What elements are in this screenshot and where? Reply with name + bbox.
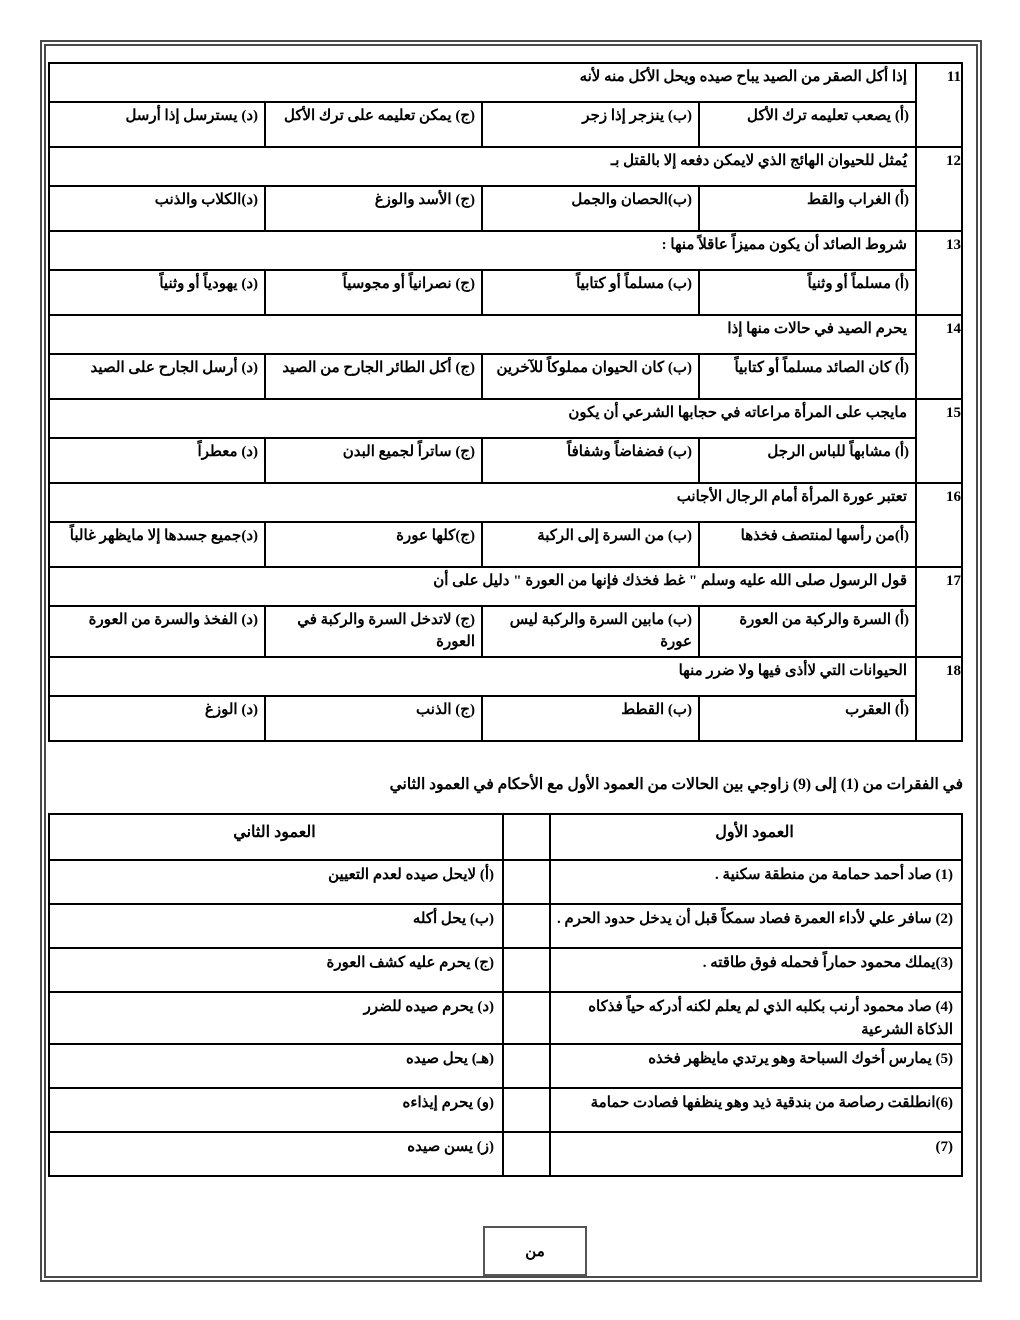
question-number: 16 (916, 483, 962, 567)
option-b-cell: (ب) ينزجر إذا زجر (482, 102, 699, 147)
matching-row: (1) صاد أحمد حمامة من منطقة سكنية . (أ) … (49, 860, 962, 904)
ruling-cell: (و) يحرم إيذاءه (49, 1088, 503, 1132)
option-d-cell: (د) أرسل الجارح على الصيد (49, 354, 265, 399)
options-row: (أ) يصعب تعليمه ترك الأكل (ب) ينزجر إذا … (49, 102, 962, 147)
question-stem: تعتبر عورة المرأة أمام الرجال الأجانب (49, 483, 916, 522)
case-cell: (1) صاد أحمد حمامة من منطقة سكنية . (550, 860, 962, 904)
matching-row: (4) صاد محمود أرنب بكلبه الذي لم يعلم لك… (49, 992, 962, 1044)
option-c-cell: (ج) ساتراً لجميع البدن (265, 438, 482, 483)
option-a-cell: (أ)من رأسها لمنتصف فخذها (699, 522, 916, 567)
option-c-cell: (ج) يمكن تعليمه على ترك الأكل (265, 102, 482, 147)
ruling-cell: (ز) يسن صيده (49, 1132, 503, 1176)
question-stem: الحيوانات التي لاأذى فيها ولا ضرر منها (49, 657, 916, 696)
case-cell: (7) (550, 1132, 962, 1176)
option-c-cell: (ج) لاتدخل السرة والركبة في العورة (265, 606, 482, 657)
option-c-cell: (ج)كلها عورة (265, 522, 482, 567)
answer-header-cell (503, 814, 550, 860)
matching-row: (7) (ز) يسن صيده (49, 1132, 962, 1176)
option-d-cell: (د) الفخذ والسرة من العورة (49, 606, 265, 657)
ruling-cell: (د) يحرم صيده للضرر (49, 992, 503, 1044)
option-b-cell: (ب) مابين السرة والركبة ليس عورة (482, 606, 699, 657)
option-d-cell: (د) الوزغ (49, 696, 265, 741)
matching-instruction: في الفقرات من (1) إلى (9) زاوجي بين الحا… (59, 775, 963, 794)
answer-cell (503, 992, 550, 1044)
question-number: 15 (916, 399, 962, 483)
options-row: (أ) الغراب والقط (ب)الحصان والجمل (ج) ال… (49, 186, 962, 231)
options-row: (أ) مشابهاً للباس الرجل (ب) فضفاضاً وشفا… (49, 438, 962, 483)
matching-row: (3)يملك محمود حماراً فحمله فوق طاقته . (… (49, 948, 962, 992)
option-b-cell: (ب) مسلماً أو كتابياً (482, 270, 699, 315)
option-a-cell: (أ) يصعب تعليمه ترك الأكل (699, 102, 916, 147)
answer-cell (503, 1044, 550, 1088)
question-row: 17 قول الرسول صلى الله عليه وسلم " غط فخ… (49, 567, 962, 606)
ruling-cell: (هـ) يحل صيده (49, 1044, 503, 1088)
column-one-header: العمود الأول (550, 814, 962, 860)
case-cell: (3)يملك محمود حماراً فحمله فوق طاقته . (550, 948, 962, 992)
question-row: 16 تعتبر عورة المرأة أمام الرجال الأجانب (49, 483, 962, 522)
question-number: 12 (916, 147, 962, 231)
question-stem: يحرم الصيد في حالات منها إذا (49, 315, 916, 354)
answer-cell (503, 1132, 550, 1176)
question-row: 12 يُمثل للحيوان الهائج الذي لايمكن دفعه… (49, 147, 962, 186)
option-a-cell: (أ) الغراب والقط (699, 186, 916, 231)
question-row: 13 شروط الصائد أن يكون مميزاً عاقلاً منه… (49, 231, 962, 270)
question-stem: إذا أكل الصقر من الصيد يباح صيده ويحل ال… (49, 63, 916, 102)
options-row: (أ)من رأسها لمنتصف فخذها (ب) من السرة إل… (49, 522, 962, 567)
option-d-cell: (د)الكلاب والذنب (49, 186, 265, 231)
question-row: 14 يحرم الصيد في حالات منها إذا (49, 315, 962, 354)
matching-row: (5) يمارس أخوك السباحة وهو يرتدي مايظهر … (49, 1044, 962, 1088)
answer-cell (503, 860, 550, 904)
option-a-cell: (أ) مسلماً أو وثنياً (699, 270, 916, 315)
option-d-cell: (د)جميع جسدها إلا مايظهر غالباً (49, 522, 265, 567)
option-c-cell: (ج) أكل الطائر الجارح من الصيد (265, 354, 482, 399)
option-b-cell: (ب) القطط (482, 696, 699, 741)
matching-row: (6)انطلقت رصاصة من بندقية ذيد وهو ينظفها… (49, 1088, 962, 1132)
option-a-cell: (أ) مشابهاً للباس الرجل (699, 438, 916, 483)
options-row: (أ) العقرب (ب) القطط (ج) الذنب (د) الوزغ (49, 696, 962, 741)
answer-cell (503, 948, 550, 992)
page-border: 11 إذا أكل الصقر من الصيد يباح صيده ويحل… (40, 40, 982, 1282)
option-d-cell: (د) معطراً (49, 438, 265, 483)
question-stem: قول الرسول صلى الله عليه وسلم " غط فخذك … (49, 567, 916, 606)
question-number: 17 (916, 567, 962, 657)
answer-cell (503, 904, 550, 948)
mcq-table: 11 إذا أكل الصقر من الصيد يباح صيده ويحل… (48, 62, 963, 742)
ruling-cell: (ج) يحرم عليه كشف العورة (49, 948, 503, 992)
case-cell: (2) سافر علي لأداء العمرة فصاد سمكاً قبل… (550, 904, 962, 948)
column-two-header: العمود الثاني (49, 814, 503, 860)
option-a-cell: (أ) السرة والركبة من العورة (699, 606, 916, 657)
question-row: 11 إذا أكل الصقر من الصيد يباح صيده ويحل… (49, 63, 962, 102)
option-b-cell: (ب) من السرة إلى الركبة (482, 522, 699, 567)
matching-row: (2) سافر علي لأداء العمرة فصاد سمكاً قبل… (49, 904, 962, 948)
option-b-cell: (ب) كان الحيوان مملوكاً للآخرين (482, 354, 699, 399)
question-stem: يُمثل للحيوان الهائج الذي لايمكن دفعه إل… (49, 147, 916, 186)
question-number: 14 (916, 315, 962, 399)
case-cell: (6)انطلقت رصاصة من بندقية ذيد وهو ينظفها… (550, 1088, 962, 1132)
question-number: 18 (916, 657, 962, 741)
option-a-cell: (أ) كان الصائد مسلماً أو كتابياً (699, 354, 916, 399)
exam-page: { "mcq": { "questions": [ { "number": "1… (0, 0, 1020, 1320)
question-stem: مايجب على المرأة مراعاته في حجابها الشرع… (49, 399, 916, 438)
question-stem: شروط الصائد أن يكون مميزاً عاقلاً منها : (49, 231, 916, 270)
question-number: 13 (916, 231, 962, 315)
options-row: (أ) السرة والركبة من العورة (ب) مابين ال… (49, 606, 962, 657)
ruling-cell: (أ) لايحل صيده لعدم التعيين (49, 860, 503, 904)
matching-header-row: العمود الأول العمود الثاني (49, 814, 962, 860)
answer-cell (503, 1088, 550, 1132)
options-row: (أ) كان الصائد مسلماً أو كتابياً (ب) كان… (49, 354, 962, 399)
ruling-cell: (ب) يحل أكله (49, 904, 503, 948)
option-a-cell: (أ) العقرب (699, 696, 916, 741)
option-c-cell: (ج) الذنب (265, 696, 482, 741)
question-number: 11 (916, 63, 962, 147)
question-row: 18 الحيوانات التي لاأذى فيها ولا ضرر منه… (49, 657, 962, 696)
option-c-cell: (ج) الأسد والوزغ (265, 186, 482, 231)
footer-box: من (483, 1226, 587, 1276)
matching-table: العمود الأول العمود الثاني (1) صاد أحمد … (48, 813, 963, 1177)
option-b-cell: (ب) فضفاضاً وشفافاً (482, 438, 699, 483)
footer-box-label: من (525, 1242, 544, 1261)
options-row: (أ) مسلماً أو وثنياً (ب) مسلماً أو كتابي… (49, 270, 962, 315)
option-c-cell: (ج) نصرانياً أو مجوسياً (265, 270, 482, 315)
question-row: 15 مايجب على المرأة مراعاته في حجابها ال… (49, 399, 962, 438)
option-d-cell: (د) يهودياً أو وثنياً (49, 270, 265, 315)
case-cell: (5) يمارس أخوك السباحة وهو يرتدي مايظهر … (550, 1044, 962, 1088)
option-b-cell: (ب)الحصان والجمل (482, 186, 699, 231)
option-d-cell: (د) يسترسل إذا أرسل (49, 102, 265, 147)
case-cell: (4) صاد محمود أرنب بكلبه الذي لم يعلم لك… (550, 992, 962, 1044)
